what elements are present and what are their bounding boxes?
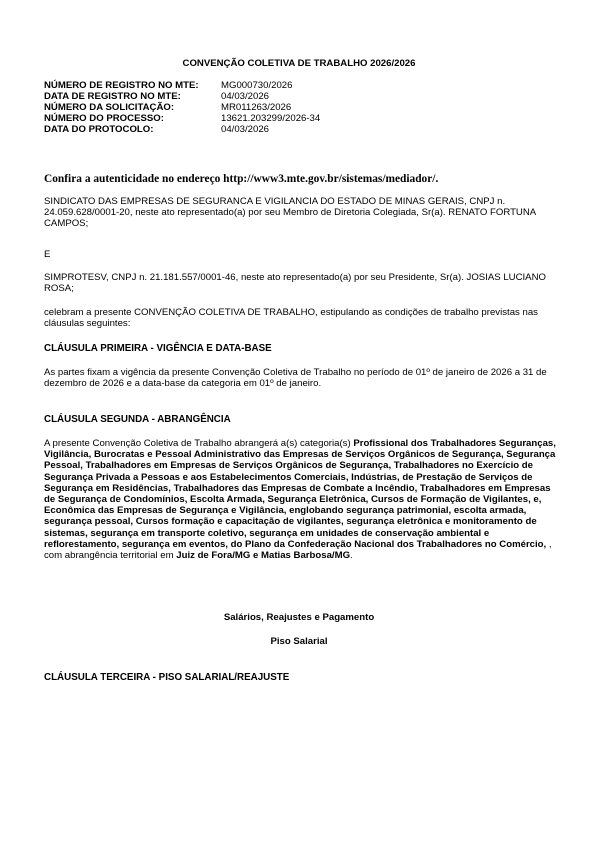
registration-block: NÚMERO DE REGISTRO NO MTE: MG000730/2026… bbox=[44, 80, 320, 135]
registration-value: 04/03/2026 bbox=[221, 91, 269, 102]
document-title: CONVENÇÃO COLETIVA DE TRABALHO 2026/2026 bbox=[44, 58, 554, 69]
party-1-paragraph: SINDICATO DAS EMPRESAS DE SEGURANCA E VI… bbox=[44, 196, 556, 230]
registration-value: 04/03/2026 bbox=[221, 124, 269, 135]
registration-label: DATA DO PROTOCOLO: bbox=[44, 124, 221, 135]
clause-3-heading: CLÁUSULA TERCEIRA - PISO SALARIAL/REAJUS… bbox=[44, 672, 289, 683]
authenticity-notice: Confira a autenticidade no endereço http… bbox=[44, 173, 438, 185]
registration-row: DATA DE REGISTRO NO MTE: 04/03/2026 bbox=[44, 91, 320, 102]
conjunction-e: E bbox=[44, 249, 556, 260]
registration-row: DATA DO PROTOCOLO: 04/03/2026 bbox=[44, 124, 320, 135]
clause-2-categories: Profissional dos Trabalhadores Segurança… bbox=[44, 438, 556, 550]
clause-2-territory: Juiz de Fora/MG e Matias Barbosa/MG bbox=[176, 550, 350, 561]
clause-2-heading: CLÁUSULA SEGUNDA - ABRANGÊNCIA bbox=[44, 414, 231, 425]
clause-2-end: . bbox=[350, 550, 353, 561]
registration-label: DATA DE REGISTRO NO MTE: bbox=[44, 91, 221, 102]
clause-2-text: A presente Convenção Coletiva de Trabalh… bbox=[44, 438, 556, 561]
section-heading: Salários, Reajustes e Pagamento bbox=[44, 612, 554, 623]
registration-value: MR011263/2026 bbox=[221, 102, 291, 113]
registration-label: NÚMERO DO PROCESSO: bbox=[44, 113, 221, 124]
registration-value: MG000730/2026 bbox=[221, 80, 292, 91]
registration-label: NÚMERO DA SOLICITAÇÃO: bbox=[44, 102, 221, 113]
registration-row: NÚMERO DE REGISTRO NO MTE: MG000730/2026 bbox=[44, 80, 320, 91]
celebrate-paragraph: celebram a presente CONVENÇÃO COLETIVA D… bbox=[44, 307, 556, 329]
registration-row: NÚMERO DA SOLICITAÇÃO: MR011263/2026 bbox=[44, 102, 320, 113]
subsection-heading: Piso Salarial bbox=[44, 636, 554, 647]
clause-2-intro: A presente Convenção Coletiva de Trabalh… bbox=[44, 438, 353, 449]
registration-label: NÚMERO DE REGISTRO NO MTE: bbox=[44, 80, 221, 91]
clause-1-heading: CLÁUSULA PRIMEIRA - VIGÊNCIA E DATA-BASE bbox=[44, 343, 272, 354]
registration-value: 13621.203299/2026-34 bbox=[221, 113, 320, 124]
registration-row: NÚMERO DO PROCESSO: 13621.203299/2026-34 bbox=[44, 113, 320, 124]
clause-1-text: As partes fixam a vigência da presente C… bbox=[44, 367, 556, 389]
party-2-paragraph: SIMPROTESV, CNPJ n. 21.181.557/0001-46, … bbox=[44, 272, 556, 294]
